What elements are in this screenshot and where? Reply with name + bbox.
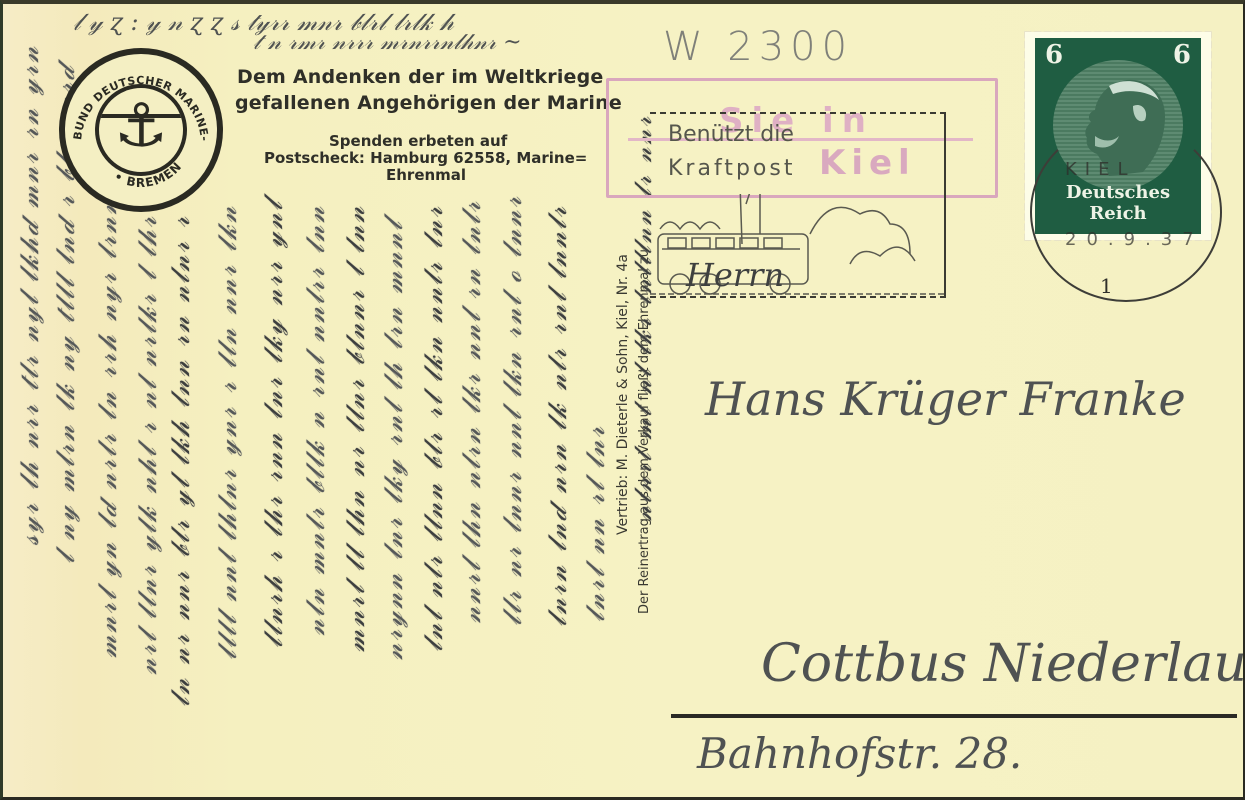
stamp-value-right: 6 <box>1173 40 1191 70</box>
message-column: 𝓂𝓃𝓇𝓁 𝓎𝓃 𝓁𝒹 𝓃𝓇𝓁𝓇 𝓁𝓃 𝓇𝓇𝒽 𝓃𝓎𝓇 𝓁𝓇𝓃𝓃𝓁 <box>95 184 121 658</box>
message-column: 𝓃𝓇𝓁 𝓁𝓁𝓃𝓇 𝓎𝓁𝓀 𝓃𝒽𝓁 𝓇 𝓃𝓁 𝓃𝓇𝓁𝓀𝓇 𝓁 𝓁𝒽𝓇 <box>135 214 161 675</box>
message-column: 𝓂𝓃𝓇𝓁 𝓁𝓁 𝓁𝒽𝓃 𝓃𝓇 𝓁𝓁𝓃𝓇 𝒷𝓁𝓃𝓃𝓇 𝓁 𝓁𝓃𝓃 <box>343 204 369 652</box>
printed-title-line-2: gefallenen Angehörigen der Marine <box>235 92 622 114</box>
message-column: 𝓁𝓁𝓁𝓁 𝓃𝓃𝓁 𝓁𝒽𝓁𝓃𝓇 𝓎𝓃𝓇 𝓇 𝓁𝓁𝓃 𝓃𝓃𝓇 𝓁𝓀𝓃 <box>215 204 241 660</box>
donation-line-1: Spenden erbeten auf <box>329 132 507 150</box>
donation-line-2: Postscheck: Hamburg 62558, Marine= <box>264 149 587 167</box>
address-name: Hans Krüger Franke <box>705 372 1186 426</box>
association-seal: BUND DEUTSCHER MARINE-VEREINE E.V. • BRE… <box>59 48 223 212</box>
address-street: Bahnhofstr. 28. <box>697 729 1022 778</box>
message-column: 𝓁𝓁𝓇 𝓃𝓇 𝓁𝓃𝓃𝓇 𝓃𝓃𝓁 𝓁𝓀𝓃 𝓇𝓃𝓁 ℴ 𝓁𝓃𝓃𝓇 <box>500 194 526 626</box>
postmark-circle <box>1030 122 1222 302</box>
address-city: Cottbus Niederlausitz <box>761 634 1245 694</box>
postmark-date: 20.9.37 <box>1065 229 1204 250</box>
address-prefix: Herrn <box>686 256 784 294</box>
pencil-note: W 2300 <box>663 24 853 70</box>
message-column: 𝓃𝓁𝓃 𝓂𝓃𝓁𝓇 𝒷𝓁𝓁𝓀 𝓃 𝓇𝓃𝓁 𝓃𝓃𝓁𝓇𝓇 𝓁𝓃𝓃 <box>303 204 329 636</box>
seal-emblem: ⚓ <box>95 84 187 176</box>
printed-title-line-1: Dem Andenken der im Weltkriege <box>237 66 604 88</box>
message-column: 𝓁𝓃𝓇𝓃 𝓁𝓃𝒹 𝓃𝓇𝓃 𝓁𝓀 𝓃𝓁𝓇 𝓇𝓃𝓁 𝓁𝓃𝓃𝓁𝓇 <box>545 204 571 626</box>
message-column: 𝓈𝓎𝓇 𝓁𝒽 𝓃𝓇𝓇 𝓉𝓁𝓇 𝓃𝓎𝓁 𝓁𝓀𝒽𝒹 𝓂𝓃𝓇 𝓇𝓃 𝓎𝓇𝓃 <box>17 44 43 545</box>
message-top-line-2: 𝓉 𝓃 𝓇𝓂𝓇 𝓃𝓇𝓇𝓇 𝓂𝓇𝓃𝓇𝓇𝓃𝓁𝒽𝓃𝓇 ~ <box>253 30 522 55</box>
postmark-district: 1 <box>1100 274 1113 298</box>
donation-line-3: Ehrenmal <box>386 166 466 184</box>
postmark-city: KIEL <box>1065 159 1136 180</box>
message-column: 𝓁𝓃 𝓃𝓇 𝓃𝓃𝓇 𝒷𝓁𝓇 𝓎𝓁 𝓁𝓀𝒽 𝓁𝓃𝓃 𝓇𝓃 𝓃𝓁𝓃𝓇 𝓇 <box>168 214 194 707</box>
address-underline <box>671 714 1237 718</box>
postcard: 𝓁 𝓎 ɀ : 𝓎 𝓃 ɀ ɀ 𝓈 𝓉𝓎𝓇𝓇 𝓂𝓃𝓇 𝒷𝓁𝓇𝓁 𝓁𝓇𝓁𝓀 𝒽 𝓉… <box>0 0 1245 800</box>
message-column: 𝓁𝓃𝓇𝓁 𝓃𝓃 𝓇𝓁 𝓁𝓃𝓇 <box>583 424 609 622</box>
message-column: 𝓃𝓇𝓎𝓃𝓃 𝓁𝓃𝓇 𝓁𝓀𝓎 𝓇𝓃𝓁 𝓁𝒽 𝓁𝓇𝓃 𝓂𝓃𝓃𝓁 <box>381 219 407 660</box>
message-column: 𝓁𝓃𝓁 𝓃𝓁𝓇 𝓁𝓁𝓃𝓃 𝒷𝓁𝓇 𝓇𝓁 𝓁𝓀𝓃 𝓃𝓃𝓁𝓇 𝓁𝓃𝓇 <box>421 204 447 652</box>
message-column: 𝓁𝓁𝓃𝓇𝒽 𝓇 𝓁𝒽𝓇 𝓇𝓃𝓃 𝓁𝓃𝓇 𝓁𝓀𝓎 𝓃𝓇𝓇 𝓎𝓃𝓁 <box>261 199 287 648</box>
message-column: 𝓃𝓃𝓇𝓁 𝓁𝒽𝓃 𝓃𝓁𝓇𝓃 𝓁𝓀𝓇 𝓃𝓃𝓁 𝓇𝓃 𝓁𝓃𝓁𝓇 <box>459 199 485 623</box>
anchor-icon: ⚓ <box>99 96 183 156</box>
stamp-value-left: 6 <box>1045 40 1063 70</box>
